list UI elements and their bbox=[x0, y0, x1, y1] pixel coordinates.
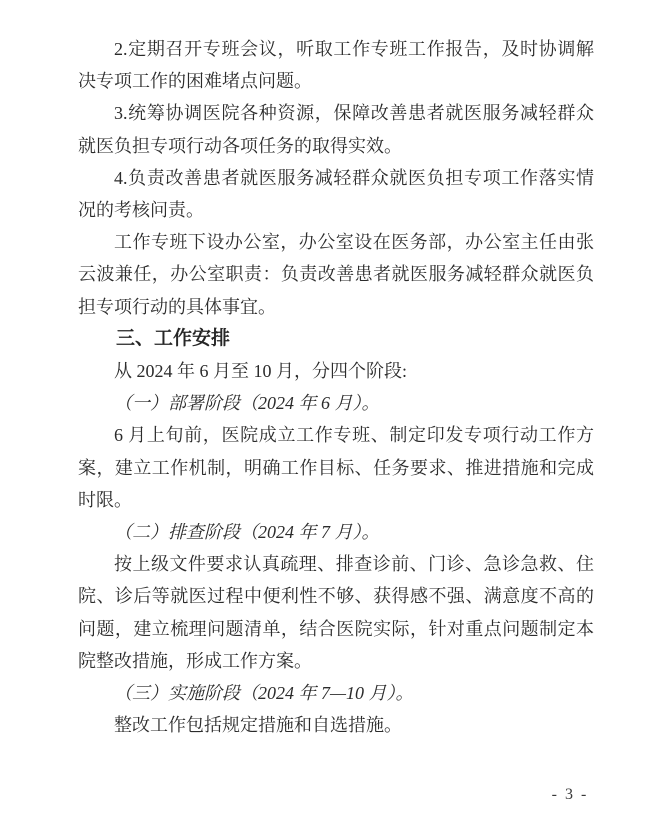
stage-heading-3-implementation: （三）实施阶段（2024 年 7—10 月）。 bbox=[78, 677, 594, 709]
stage-heading-2-investigation: （二）排查阶段（2024 年 7 月）。 bbox=[78, 516, 594, 548]
paragraph-stage-1-detail: 6 月上旬前，医院成立工作专班、制定印发专项行动工作方案，建立工作机制，明确工作… bbox=[78, 419, 594, 516]
document-body: 2.定期召开专班会议，听取工作专班工作报告，及时协调解决专项工作的困难堵点问题。… bbox=[78, 33, 594, 741]
section-heading-work-arrangement: 三、工作安排 bbox=[78, 323, 594, 355]
paragraph-duty-3: 3.统筹协调医院各种资源，保障改善患者就医服务减轻群众就医负担专项行动各项任务的… bbox=[78, 97, 594, 161]
paragraph-duty-4: 4.负责改善患者就医服务减轻群众就医负担专项工作落实情况的考核问责。 bbox=[78, 162, 594, 226]
page-number: - 3 - bbox=[540, 786, 600, 804]
paragraph-office-setup: 工作专班下设办公室，办公室设在医务部，办公室主任由张云波兼任，办公室职责：负责改… bbox=[78, 226, 594, 323]
paragraph-stage-3-detail: 整改工作包括规定措施和自选措施。 bbox=[78, 709, 594, 741]
paragraph-stage-2-detail: 按上级文件要求认真疏理、排查诊前、门诊、急诊急救、住院、诊后等就医过程中便利性不… bbox=[78, 548, 594, 677]
document-page: 2.定期召开专班会议，听取工作专班工作报告，及时协调解决专项工作的困难堵点问题。… bbox=[0, 0, 660, 839]
paragraph-duty-2: 2.定期召开专班会议，听取工作专班工作报告，及时协调解决专项工作的困难堵点问题。 bbox=[78, 33, 594, 97]
stage-heading-1-deployment: （一）部署阶段（2024 年 6 月）。 bbox=[78, 387, 594, 419]
paragraph-timeline-overview: 从 2024 年 6 月至 10 月，分四个阶段: bbox=[78, 355, 594, 387]
